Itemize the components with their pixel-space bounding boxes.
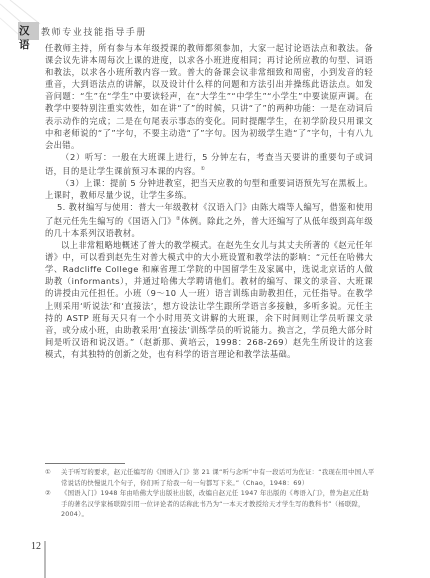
paragraph: 任教师主持，所有参与本年级授课的教师都须参加，大家一起讨论语法点和教法。备课会议… bbox=[45, 42, 373, 151]
paragraph: 以上非常粗略地概述了普大的教学模式。在赵先生女儿与其丈夫所著的《赵元任年谱》中，… bbox=[45, 239, 373, 360]
page-number: 12 bbox=[31, 541, 41, 552]
main-text: 任教师主持，所有参与本年级授课的教师都须参加，大家一起讨论语法点和教法。备课会议… bbox=[45, 42, 373, 360]
footnote-ref[interactable]: ① bbox=[201, 166, 206, 172]
paragraph: 5. 教材编写与使用：普大一年级教材《汉语入门》由陈大端等人编写，借鉴和使用了赵… bbox=[45, 201, 373, 239]
footnote-mark: ① bbox=[45, 467, 61, 488]
footnotes: ① 关于听写的要求，赵元任编写的《国语入门》第 21 课“听与念听”中有一段话可… bbox=[45, 467, 375, 520]
footnote-text: 《国语入门》1948 年由哈佛大学出版社出版，改编自赵元任 1947 年出版的《… bbox=[61, 488, 375, 520]
page-number-bar bbox=[44, 541, 46, 578]
paragraph: （2）听写：一般在大班课上进行，5 分钟左右，考查当天要讲的重要句子或词语，目的… bbox=[45, 151, 373, 177]
footnote-divider bbox=[45, 463, 125, 464]
footnote: ② 《国语入门》1948 年由哈佛大学出版社出版，改编自赵元任 1947 年出版… bbox=[45, 488, 375, 520]
running-header: 汉语 教师专业技能指导手册 bbox=[18, 23, 147, 39]
footnote-text: 关于听写的要求，赵元任编写的《国语入门》第 21 课“听与念听”中有一段话可为佐… bbox=[61, 467, 375, 488]
footnote: ① 关于听写的要求，赵元任编写的《国语入门》第 21 课“听与念听”中有一段话可… bbox=[45, 467, 375, 488]
paragraph: （3）上课：提前 5 分钟进教室，把当天应教的句型和重要词语预先写在黑板上。上课… bbox=[45, 177, 373, 201]
footnote-mark: ② bbox=[45, 488, 61, 520]
header-title: 教师专业技能指导手册 bbox=[41, 25, 147, 38]
header-highlight: 汉语 bbox=[18, 22, 39, 40]
